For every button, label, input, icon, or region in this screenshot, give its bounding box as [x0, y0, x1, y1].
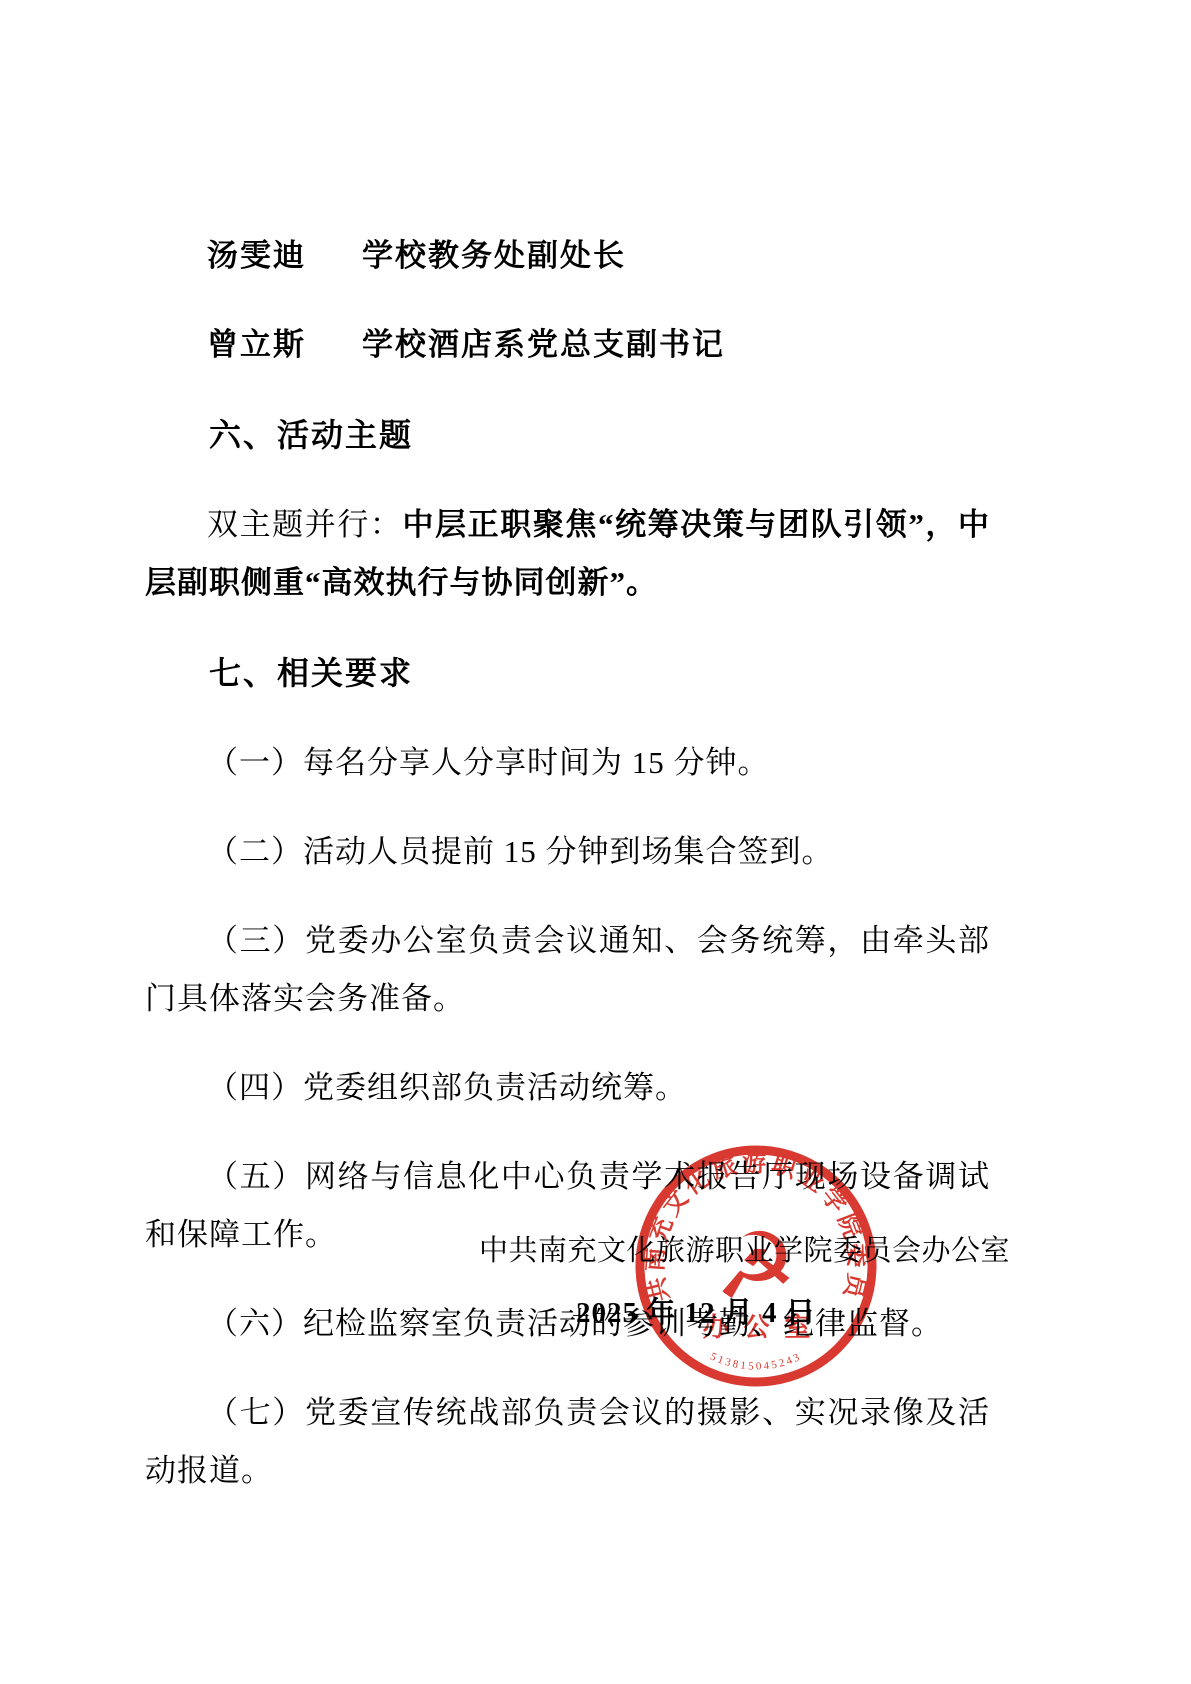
signature-org: 中共南充文化旅游职业学院委员会办公室 [479, 1228, 1010, 1269]
participant-row: 曾立斯学校酒店系党总支副书记 [145, 316, 990, 374]
participant-name: 曾立斯 [207, 327, 306, 362]
requirement-item: （六）纪检监察室负责活动的参训考勤、纪律监督。 [145, 1295, 990, 1353]
theme-paragraph: 双主题并行：中层正职聚焦“统筹决策与团队引领”，中层副职侧重“高效执行与协同创新… [145, 496, 990, 612]
section-heading-theme: 六、活动主题 [145, 406, 990, 464]
participant-name: 汤雯迪 [207, 238, 306, 273]
requirement-item: （三）党委办公室负责会议通知、会务统筹，由牵头部门具体落实会务准备。 [145, 912, 990, 1028]
page: { "participants": { "rows": [ { "name": … [0, 0, 1191, 1684]
section-heading-requirements: 七、相关要求 [145, 644, 990, 702]
participant-row: 汤雯迪学校教务处副处长 [145, 227, 990, 285]
requirement-item: （七）党委宣传统战部负责会议的摄影、实况录像及活动报道。 [145, 1384, 990, 1500]
requirement-item: （一）每名分享人分享时间为 15 分钟。 [145, 734, 990, 792]
requirement-item: （四）党委组织部负责活动统筹。 [145, 1059, 990, 1117]
document-body: 汤雯迪学校教务处副处长 曾立斯学校酒店系党总支副书记 六、活动主题 双主题并行：… [145, 196, 990, 1531]
signature-date: 2025 年 12 月 4 日 [576, 1290, 816, 1331]
theme-intro: 双主题并行： [207, 507, 403, 542]
participant-title: 学校教务处副处长 [362, 238, 626, 273]
requirement-item: （二）活动人员提前 15 分钟到场集合签到。 [145, 823, 990, 881]
participant-title: 学校酒店系党总支副书记 [362, 327, 725, 362]
